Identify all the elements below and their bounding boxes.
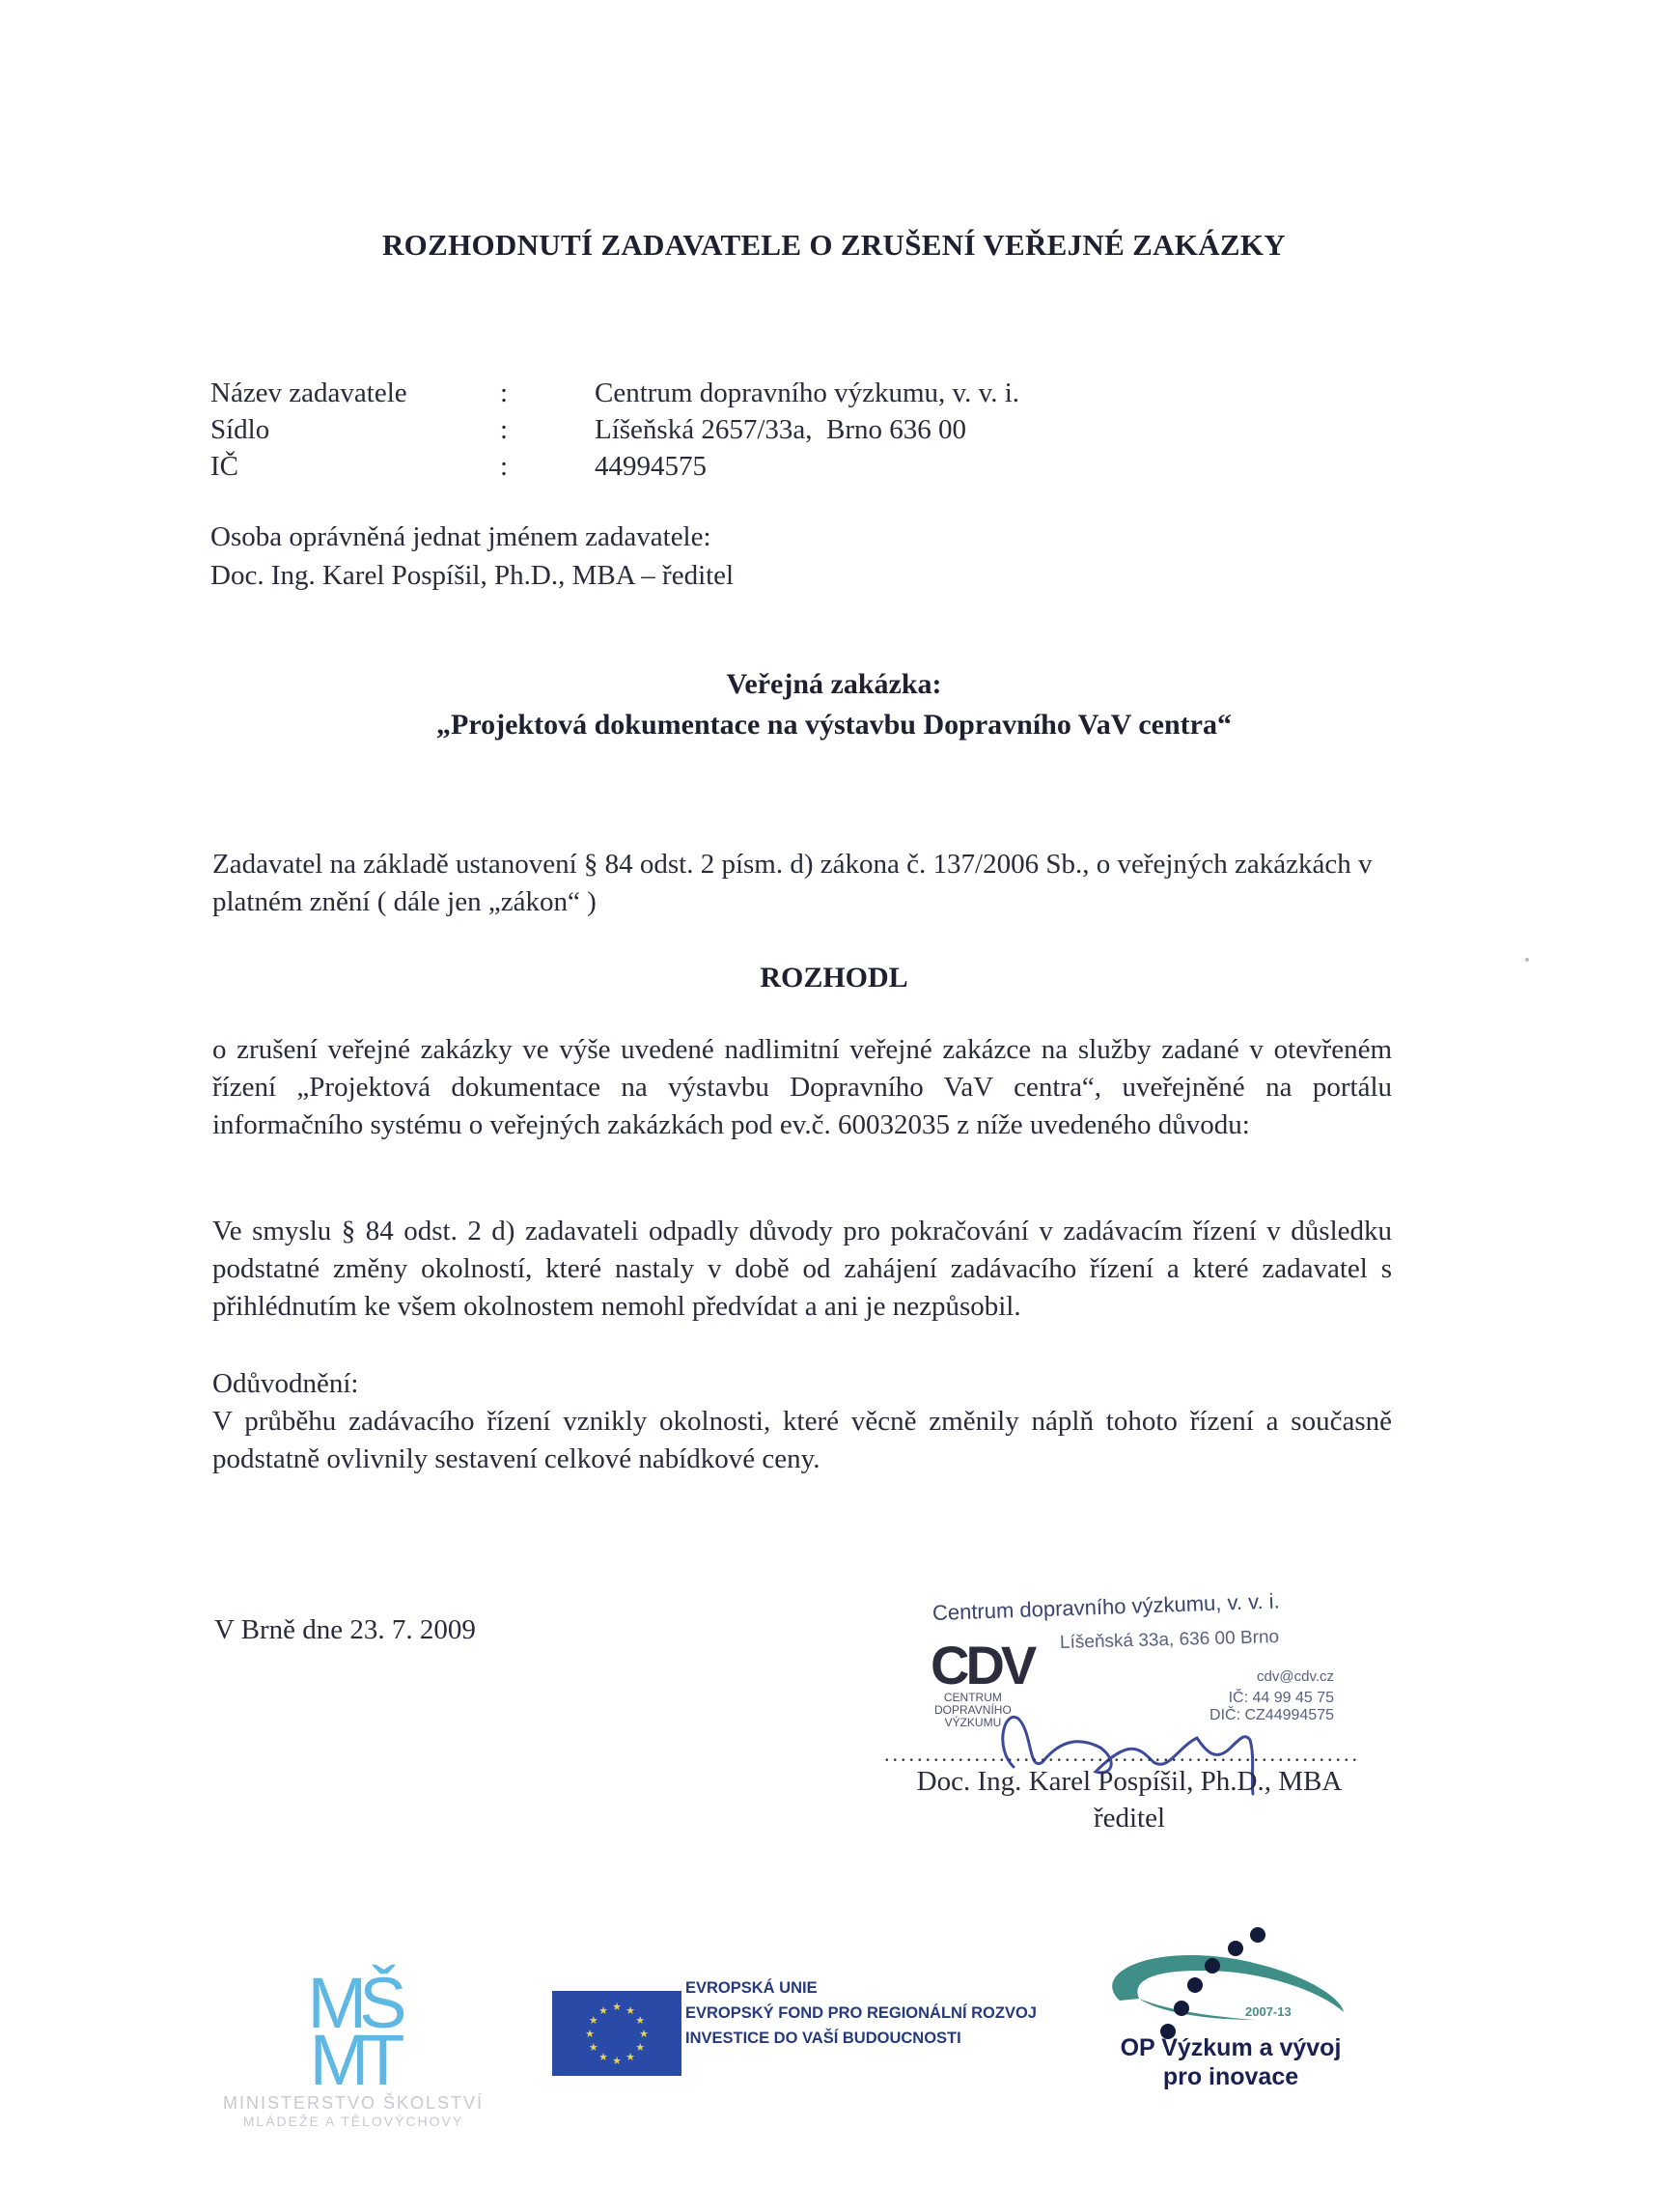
contract-name: „Projektová dokumentace na výstavbu Dopr…: [0, 705, 1668, 745]
eu-logo-text: EVROPSKÁ UNIE EVROPSKÝ FOND PRO REGIONÁL…: [685, 1975, 1037, 2051]
authority-name-row: Název zadavatele : Centrum dopravního vý…: [210, 375, 1019, 411]
svg-text:★: ★: [625, 2052, 635, 2063]
svg-text:★: ★: [639, 2029, 649, 2040]
intro-paragraph: Zadavatel na základě ustanovení § 84 ods…: [212, 846, 1392, 921]
contract-heading: Veřejná zakázka:: [0, 664, 1668, 705]
eu-flag-icon: ★★★★★★★★★★★★: [552, 1991, 681, 2076]
msmt-mark-bottom: MT: [199, 2031, 508, 2089]
stamp-organization: Centrum dopravního výzkumu, v. v. i.: [932, 1588, 1281, 1626]
authorized-person-block: Osoba oprávněná jednat jménem zadavatele…: [210, 518, 734, 595]
field-label: Název zadavatele: [210, 375, 500, 411]
signer-role: ředitel: [849, 1800, 1409, 1836]
contracting-authority-details: Název zadavatele : Centrum dopravního vý…: [210, 375, 1019, 485]
svg-text:★: ★: [625, 2005, 635, 2017]
op-name-line1: OP Výzkum a vývoj: [1091, 2033, 1371, 2062]
decision-heading: ROZHODL: [0, 962, 1668, 994]
op-swoosh-icon: [1091, 1916, 1380, 2041]
field-separator: :: [500, 375, 595, 411]
eu-line3: INVESTICE DO VAŠÍ BUDOUCNOSTI: [685, 2026, 1037, 2051]
signer-name: Doc. Ing. Karel Pospíšil, Ph.D., MBA: [849, 1763, 1409, 1800]
svg-text:★: ★: [635, 2015, 645, 2027]
authorized-person-name: Doc. Ing. Karel Pospíšil, Ph.D., MBA – ř…: [210, 556, 734, 595]
msmt-line2: MLÁDEŽE A TĚLOVÝCHOVY: [199, 2114, 508, 2129]
field-value: Líšeňská 2657/33a, Brno 636 00: [595, 411, 966, 448]
svg-text:★: ★: [612, 2002, 622, 2013]
msmt-logo: MŠ MT MINISTERSTVO ŠKOLSTVÍ MLÁDEŽE A TĚ…: [199, 1966, 508, 2130]
field-value: Centrum dopravního výzkumu, v. v. i.: [595, 375, 1019, 411]
eu-line2: EVROPSKÝ FOND PRO REGIONÁLNÍ ROZVOJ: [685, 2001, 1037, 2026]
svg-text:★: ★: [589, 2015, 598, 2027]
svg-text:★: ★: [589, 2042, 598, 2054]
authorized-person-label: Osoba oprávněná jednat jménem zadavatele…: [210, 518, 734, 556]
svg-text:★: ★: [612, 2056, 622, 2067]
document-title: ROZHODNUTÍ ZADAVATELE O ZRUŠENÍ VEŘEJNÉ …: [0, 228, 1668, 263]
stamp-address: Líšeňská 33a, 636 00 Brno: [1060, 1627, 1280, 1654]
justification-label: Odůvodnění:: [212, 1365, 1392, 1403]
authority-address-row: Sídlo : Líšeňská 2657/33a, Brno 636 00: [210, 411, 1019, 448]
contract-heading-block: Veřejná zakázka: „Projektová dokumentace…: [0, 664, 1668, 745]
field-label: Sídlo: [210, 411, 500, 448]
op-vavpi-logo: 2007-13 OP Výzkum a vývoj pro inovace: [1091, 1916, 1380, 2128]
signer-block: Doc. Ing. Karel Pospíšil, Ph.D., MBA řed…: [849, 1763, 1409, 1836]
field-separator: :: [500, 448, 595, 485]
authority-id-row: IČ : 44994575: [210, 448, 1019, 485]
field-separator: :: [500, 411, 595, 448]
svg-text:★: ★: [585, 2029, 595, 2040]
field-label: IČ: [210, 448, 500, 485]
svg-text:★: ★: [635, 2042, 645, 2054]
svg-text:★: ★: [598, 2005, 608, 2017]
op-name: OP Výzkum a vývoj pro inovace: [1091, 2033, 1371, 2091]
decision-paragraph: o zrušení veřejné zakázky ve výše uveden…: [212, 1031, 1392, 1144]
justification-paragraph: V průběhu zadávacího řízení vznikly okol…: [212, 1403, 1392, 1478]
scan-speck: [1525, 958, 1529, 962]
svg-text:★: ★: [598, 2052, 608, 2063]
op-name-line2: pro inovace: [1091, 2062, 1371, 2091]
field-value: 44994575: [595, 448, 707, 485]
justification-block: Odůvodnění: V průběhu zadávacího řízení …: [212, 1365, 1392, 1478]
msmt-line1: MINISTERSTVO ŠKOLSTVÍ: [199, 2093, 508, 2114]
op-years: 2007-13: [1245, 2004, 1292, 2019]
place-and-date: V Brně dne 23. 7. 2009: [214, 1614, 476, 1646]
reason-paragraph: Ve smyslu § 84 odst. 2 d) zadavateli odp…: [212, 1213, 1392, 1326]
eu-line1: EVROPSKÁ UNIE: [685, 1975, 1037, 2001]
